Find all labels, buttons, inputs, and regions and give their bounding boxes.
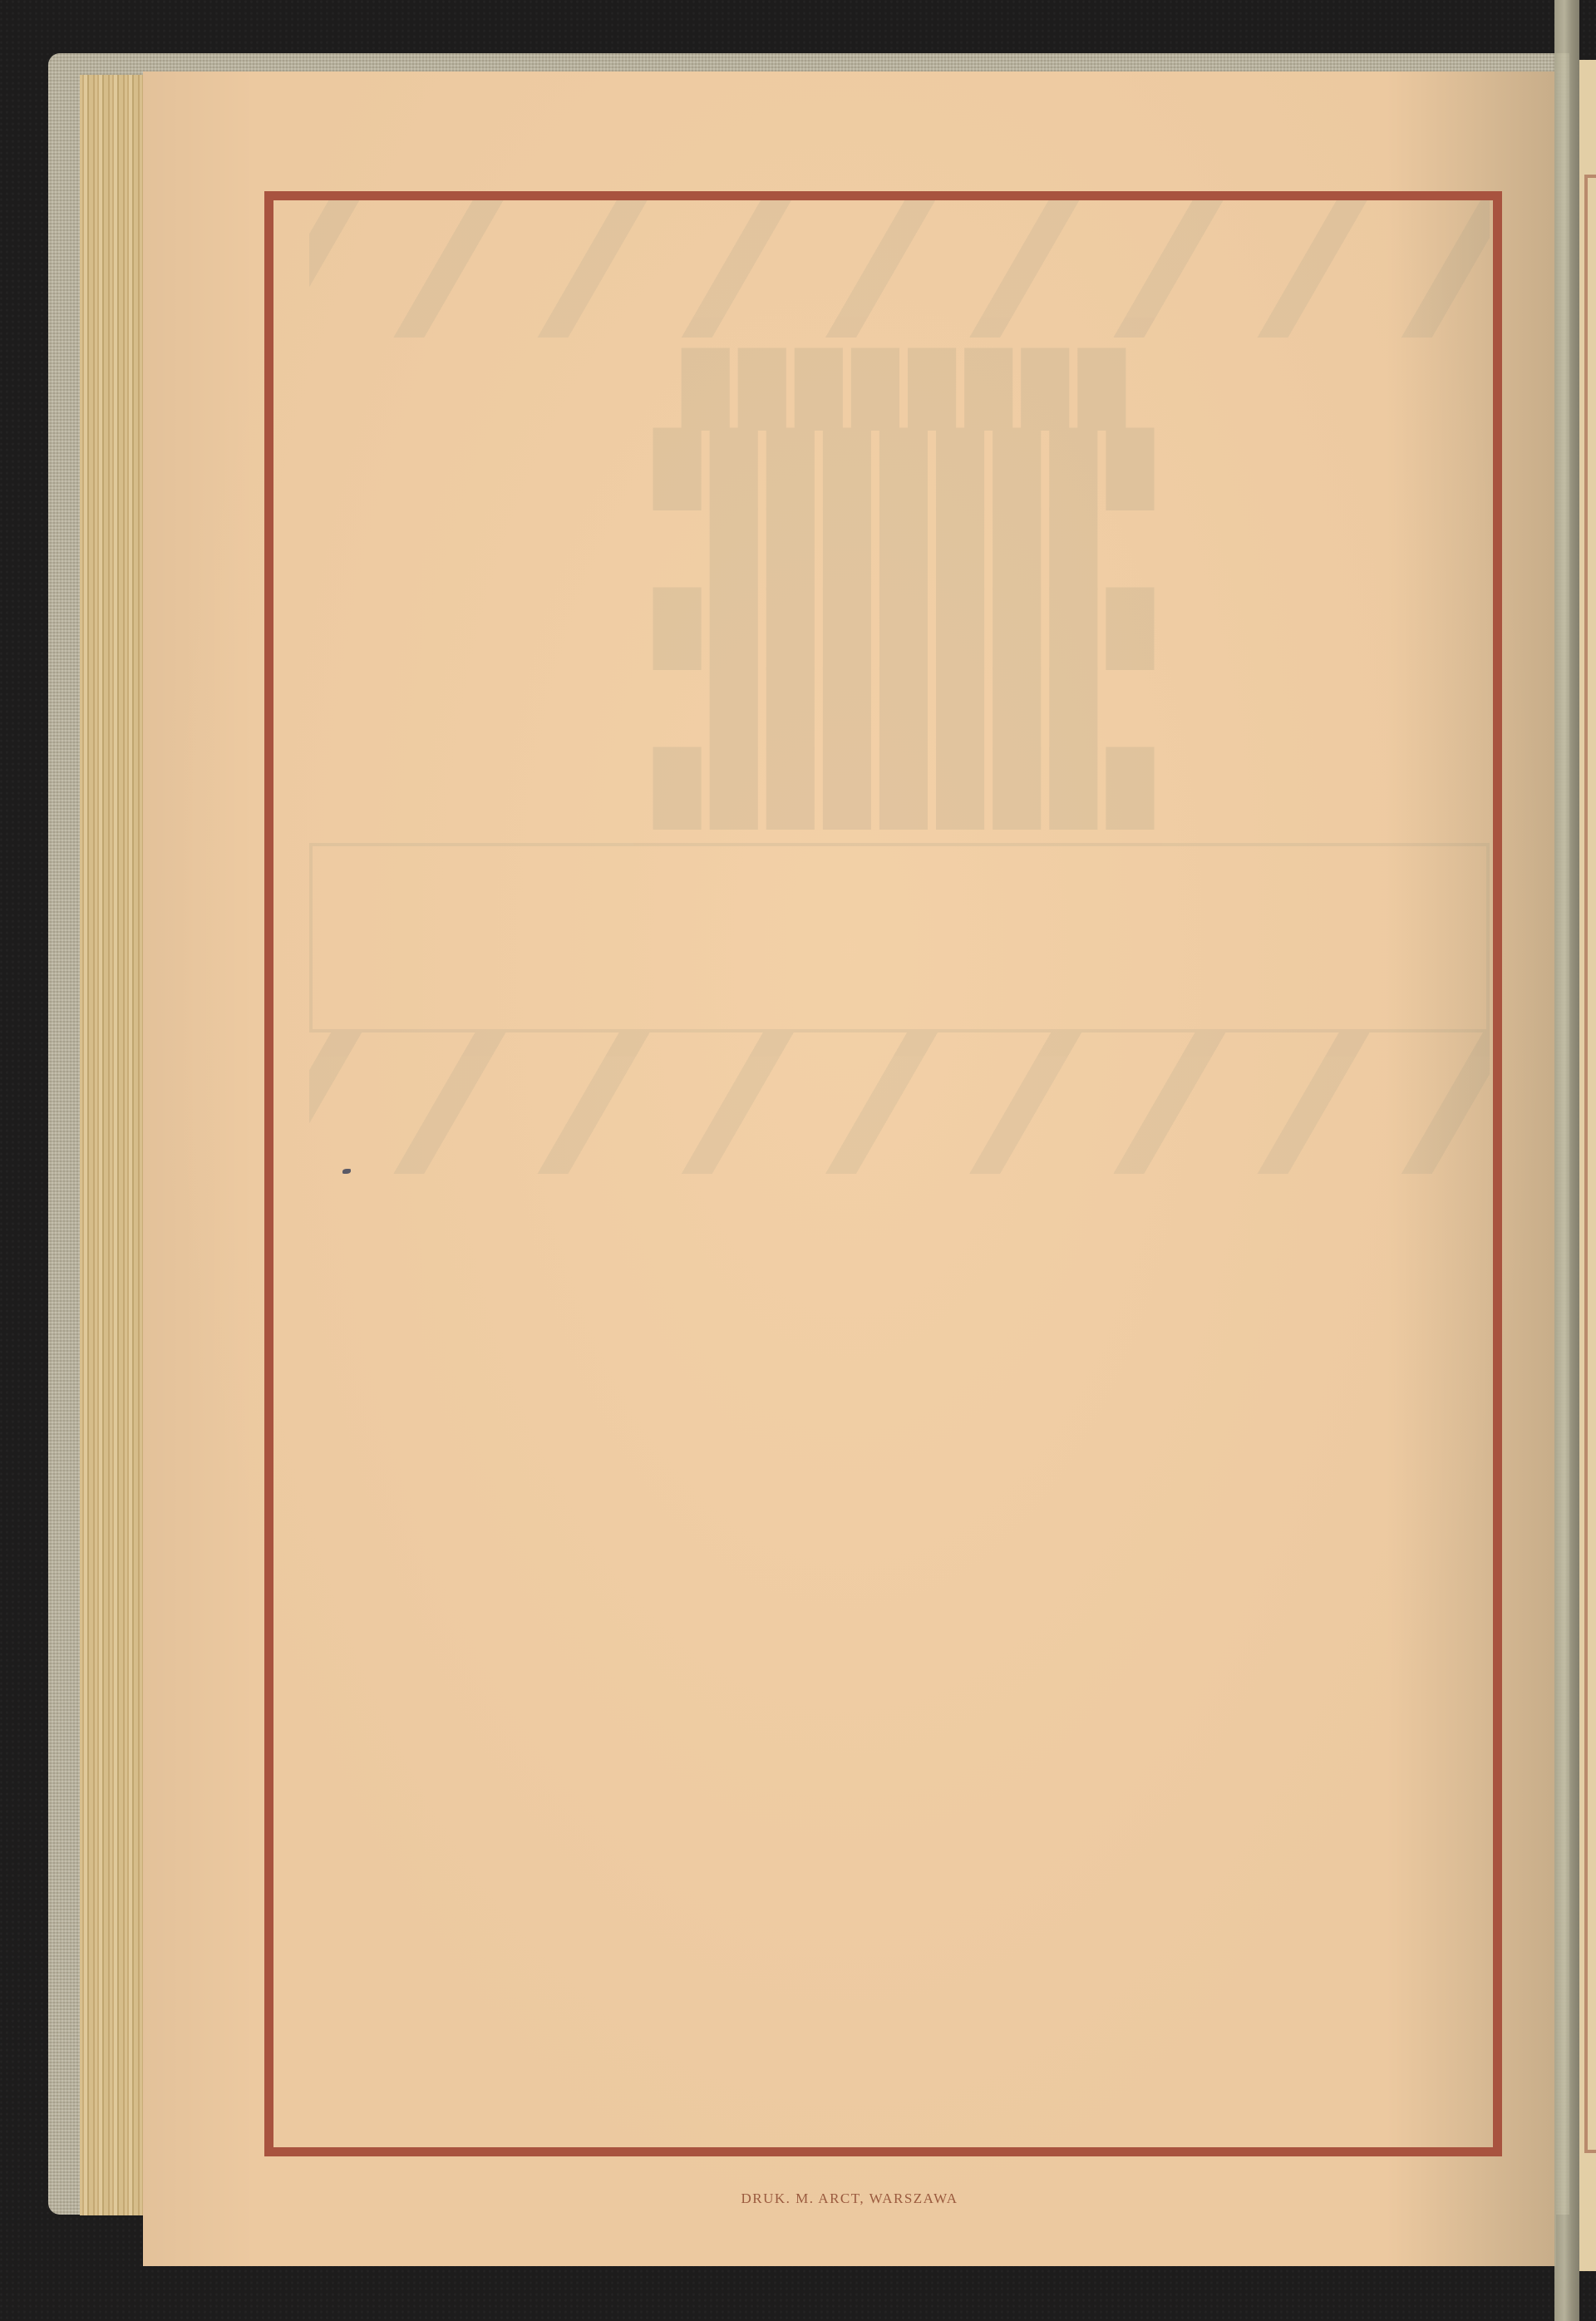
gutter-glass-strip — [1554, 0, 1579, 2321]
decorative-border-frame — [264, 191, 1502, 2156]
printer-imprint: DRUK. M. ARCT, WARSZAWA — [143, 2190, 1556, 2207]
book-page: ████████ █████████ ███████ █████████ ███… — [143, 71, 1556, 2266]
adjacent-page-frame — [1584, 175, 1596, 2153]
ink-speck — [342, 1169, 351, 1174]
page-edges — [80, 75, 145, 2215]
